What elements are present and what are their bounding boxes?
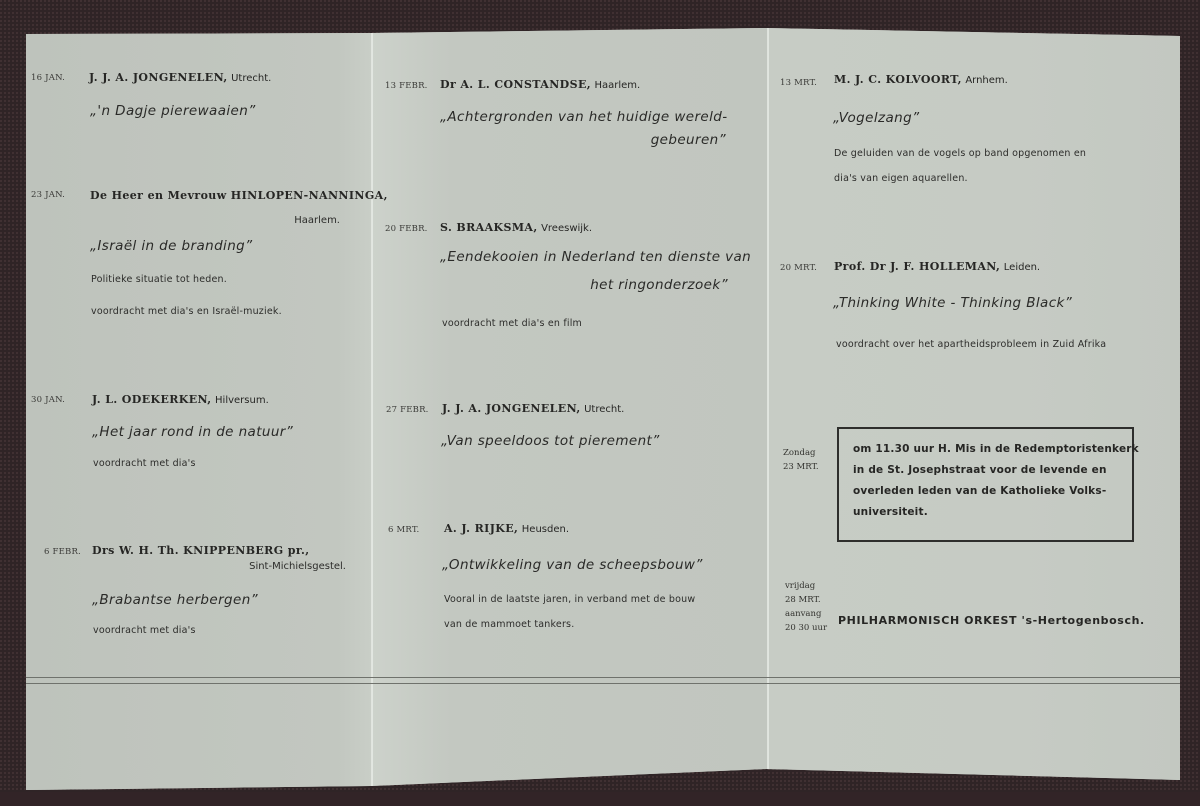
concert-day: vrijdag <box>785 579 827 593</box>
speaker-name: J. J. A. JONGENELEN, <box>442 402 581 415</box>
mass-line: in de St. Josephstraat voor de levende e… <box>853 460 1118 481</box>
concert-date-value: 28 MRT. <box>785 593 827 607</box>
speaker-place: Utrecht. <box>584 404 624 415</box>
entry-speaker: M. J. C. KOLVOORT, Arnhem. <box>834 73 1008 86</box>
lecture-title: „Vogelzang” <box>833 110 919 126</box>
entry-date: 16 JAN. <box>31 73 65 83</box>
lecture-title: „Ontwikkeling van de scheepsbouw” <box>442 557 703 573</box>
entry-speaker: Drs W. H. Th. KNIPPENBERG pr., <box>92 544 309 557</box>
mass-date-value: 23 MRT. <box>783 460 819 474</box>
mass-line: overleden leden van de Katholieke Volks- <box>853 481 1118 502</box>
performer-place: 's-Hertogenbosch. <box>1022 614 1145 627</box>
lecture-note: dia's van eigen aquarellen. <box>834 173 968 184</box>
speaker-name: Drs W. H. Th. KNIPPENBERG pr., <box>92 544 309 557</box>
entry-speaker: A. J. RIJKE, Heusden. <box>444 522 569 535</box>
double-rule-divider <box>26 677 1180 684</box>
speaker-name: Prof. Dr J. F. HOLLEMAN, <box>834 260 1000 273</box>
lecture-title: „Eendekooien in Nederland ten dienste va… <box>440 249 751 265</box>
entry-speaker: Prof. Dr J. F. HOLLEMAN, Leiden. <box>834 260 1040 273</box>
concert-performer: PHILHARMONISCH ORKEST 's-Hertogenbosch. <box>838 614 1145 627</box>
speaker-place: Sint-Michielsgestel. <box>226 561 346 572</box>
entry-date: 20 FEBR. <box>385 224 428 234</box>
entry-date: 27 FEBR. <box>386 405 429 415</box>
speaker-place: Haarlem. <box>276 215 340 226</box>
entry-date: 13 FEBR. <box>385 81 428 91</box>
lecture-note: voordracht met dia's <box>93 625 196 636</box>
speaker-name: De Heer en Mevrouw HINLOPEN-NANNINGA, <box>90 189 388 202</box>
speaker-name: A. J. RIJKE, <box>444 522 518 535</box>
lecture-title: „Brabantse herbergen” <box>92 592 258 608</box>
lecture-title: „Van speeldoos tot pierement” <box>441 433 660 449</box>
concert-time: 20 30 uur <box>785 621 827 635</box>
speaker-place: Vreeswijk. <box>541 223 592 234</box>
entry-speaker: J. J. A. JONGENELEN, Utrecht. <box>442 402 624 415</box>
lecture-note: De geluiden van de vogels op band opgeno… <box>834 148 1086 159</box>
speaker-name: Dr A. L. CONSTANDSE, <box>440 78 591 91</box>
mass-day: Zondag <box>783 446 819 460</box>
speaker-name: M. J. C. KOLVOORT, <box>834 73 962 86</box>
concert-date: vrijdag 28 MRT. aanvang 20 30 uur <box>785 579 827 635</box>
speaker-name: J. J. A. JONGENELEN, <box>89 71 228 84</box>
background-strip <box>0 792 1200 806</box>
lecture-title: „Het jaar rond in de natuur” <box>92 424 293 440</box>
lecture-title: „'n Dagje pierewaaien” <box>90 103 256 119</box>
lecture-title: „Israël in de branding” <box>90 238 253 254</box>
entry-speaker: J. L. ODEKERKEN, Hilversum. <box>92 393 269 406</box>
entry-date: 30 JAN. <box>31 395 65 405</box>
entry-speaker: De Heer en Mevrouw HINLOPEN-NANNINGA, <box>90 189 388 202</box>
entry-date: 6 MRT. <box>388 525 419 535</box>
entry-speaker: S. BRAAKSMA, Vreeswijk. <box>440 221 592 234</box>
entry-speaker: J. J. A. JONGENELEN, Utrecht. <box>89 71 271 84</box>
mass-date: Zondag 23 MRT. <box>783 446 819 474</box>
lecture-title-continued: het ringonderzoek” <box>566 277 728 293</box>
lecture-note: Vooral in de laatste jaren, in verband m… <box>444 594 695 605</box>
entry-date: 13 MRT. <box>780 78 817 88</box>
lecture-title: „Achtergronden van het huidige wereld- <box>440 109 728 125</box>
fold-crease <box>371 28 373 790</box>
lecture-title: „Thinking White - Thinking Black” <box>833 295 1072 311</box>
speaker-place: Arnhem. <box>965 75 1008 86</box>
mass-line: om 11.30 uur H. Mis in de Redemptoristen… <box>853 439 1118 460</box>
entry-date: 6 FEBR. <box>44 547 81 557</box>
speaker-name: J. L. ODEKERKEN, <box>92 393 212 406</box>
lecture-note: voordracht met dia's en Israël-muziek. <box>91 306 282 317</box>
lecture-note: voordracht over het apartheidsprobleem i… <box>836 339 1106 350</box>
speaker-place: Heusden. <box>522 524 569 535</box>
leaflet: 16 JAN. J. J. A. JONGENELEN, Utrecht. „'… <box>26 28 1180 790</box>
lecture-note: voordracht met dia's en film <box>442 318 582 329</box>
entry-date: 20 MRT. <box>780 263 817 273</box>
speaker-place: Haarlem. <box>594 80 640 91</box>
panel-left <box>26 28 372 790</box>
fold-crease <box>767 28 769 790</box>
lecture-title-continued: gebeuren” <box>586 132 726 148</box>
lecture-note: Politieke situatie tot heden. <box>91 274 227 285</box>
lecture-note: voordracht met dia's <box>93 458 196 469</box>
speaker-name: S. BRAAKSMA, <box>440 221 538 234</box>
entry-date: 23 JAN. <box>31 190 65 200</box>
speaker-place: Utrecht. <box>231 73 271 84</box>
speaker-place: Leiden. <box>1004 262 1040 273</box>
lecture-note: van de mammoet tankers. <box>444 619 574 630</box>
performer-name: PHILHARMONISCH ORKEST <box>838 614 1017 627</box>
concert-start-label: aanvang <box>785 607 827 621</box>
panel-right <box>768 28 1180 790</box>
entry-speaker: Dr A. L. CONSTANDSE, Haarlem. <box>440 78 640 91</box>
mass-notice-box: om 11.30 uur H. Mis in de Redemptoristen… <box>837 427 1134 542</box>
speaker-place: Hilversum. <box>215 395 269 406</box>
mass-line: universiteit. <box>853 502 1118 523</box>
